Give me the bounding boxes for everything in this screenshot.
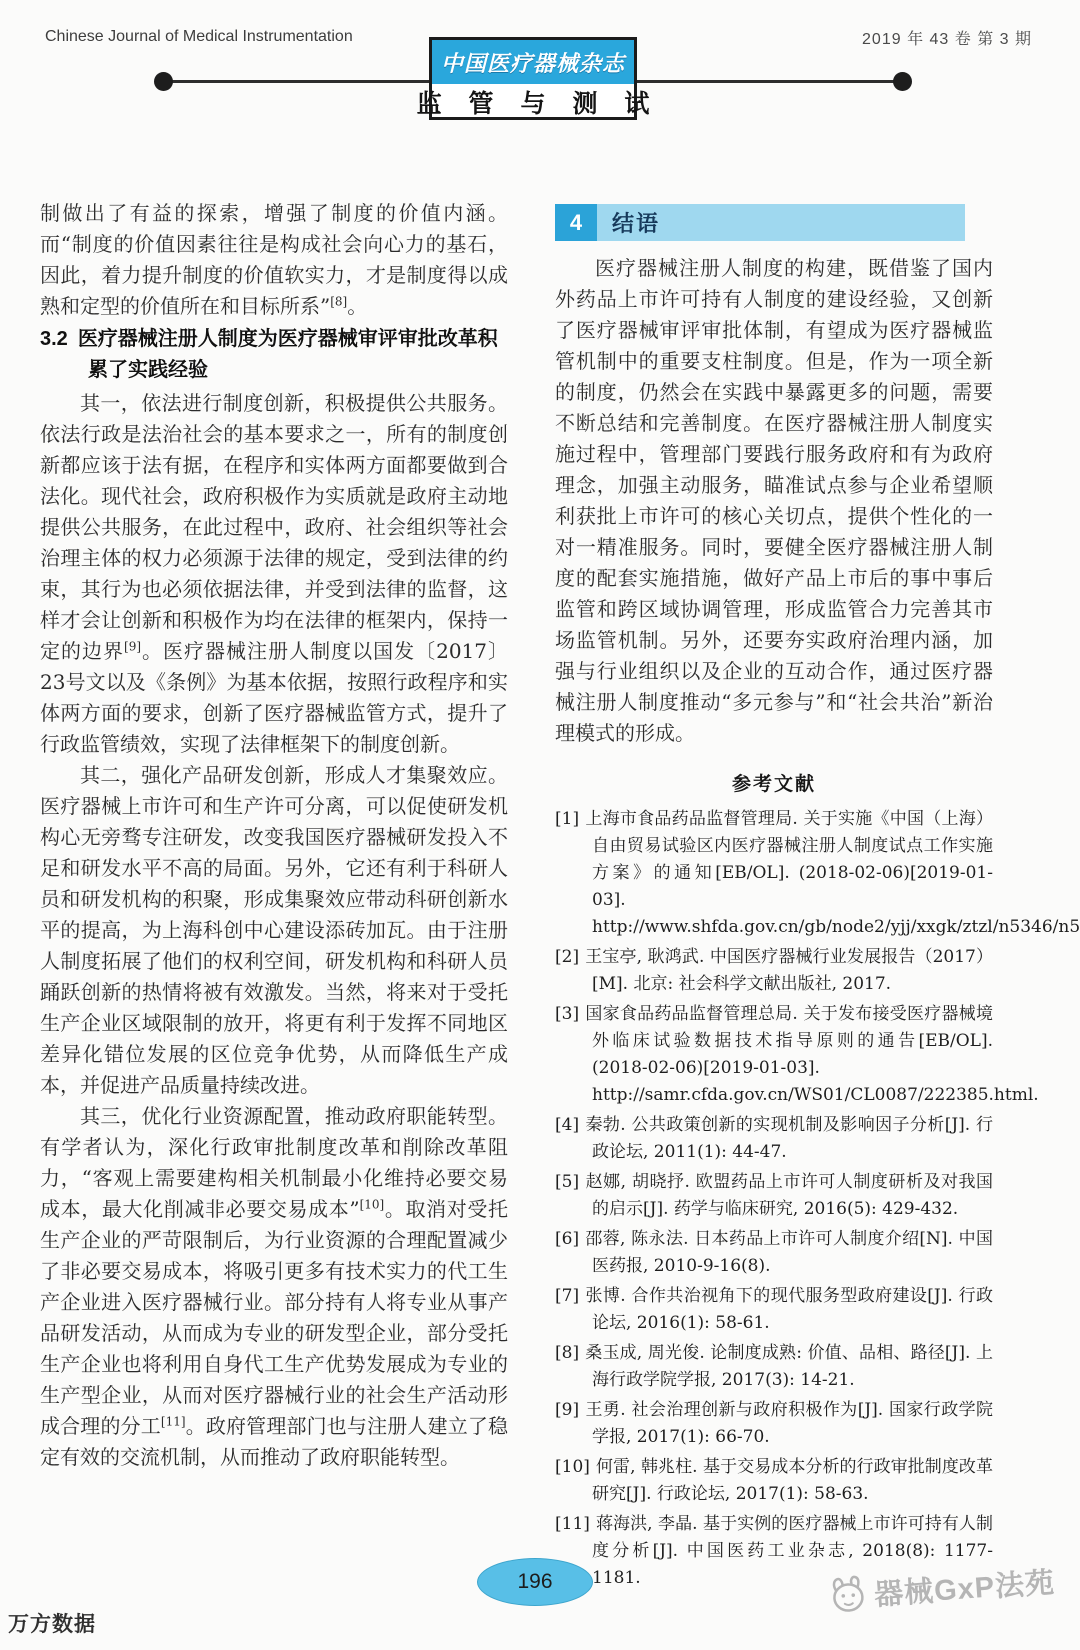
journal-logo: 中国医疗器械杂志 监 管 与 测 试	[429, 37, 637, 120]
page-number-badge: 196	[477, 1558, 593, 1606]
mascot-icon	[827, 1574, 872, 1617]
right-column: 4 结语 医疗器械注册人制度的构建，既借鉴了国内外药品上市许可持有人制度的建设经…	[555, 198, 993, 1595]
references-list: [1]上海市食品药品监督管理局. 关于实施《中国（上海）自由贸易试验区内医疗器械…	[555, 806, 993, 1592]
reference-number: [3]	[555, 1004, 579, 1024]
reference-number: [4]	[555, 1115, 579, 1135]
section-number-badge: 4	[555, 204, 597, 241]
rule-endpoint-dot	[893, 72, 912, 91]
page-number: 196	[517, 1570, 552, 1594]
reference-text: 邵蓉, 陈永法. 日本药品上市许可人制度介绍[N]. 中国医药报, 2010-9…	[585, 1229, 993, 1276]
body-paragraph: 其二，强化产品研发创新，形成人才集聚效应。医疗器械上市许可和生产许可分离，可以促…	[40, 760, 508, 1101]
reference-text: 国家食品药品监督管理总局. 关于发布接受医疗器械境外临床试验数据技术指导原则的通…	[585, 1004, 1039, 1105]
references-title: 参考文献	[555, 769, 993, 796]
reference-number: [9]	[555, 1400, 579, 1420]
section-title: 结语	[597, 204, 965, 241]
left-column: 制做出了有益的探索，增强了制度的价值内涵。而“制度的价值因素往往是构成社会向心力…	[40, 198, 508, 1473]
reference-number: [6]	[555, 1229, 579, 1249]
reference-number: [2]	[555, 947, 579, 967]
reference-item: [10]何雷, 韩兆柱. 基于交易成本分析的行政审批制度改革研究[J]. 行政论…	[555, 1454, 993, 1508]
journal-page: Chinese Journal of Medical Instrumentati…	[0, 0, 1080, 1650]
body-paragraph: 其一，依法进行制度创新，积极提供公共服务。依法行政是法治社会的基本要求之一，所有…	[40, 388, 508, 760]
section-number: 3.2	[40, 328, 68, 350]
wanfang-data-mark: 万方数据	[8, 1608, 96, 1638]
reference-number: [10]	[555, 1457, 590, 1477]
body-paragraph: 医疗器械注册人制度的构建，既借鉴了国内外药品上市许可持有人制度的建设经验，又创新…	[555, 253, 993, 749]
issue-info: 2019 年 43 卷 第 3 期	[862, 26, 1032, 49]
reference-number: [5]	[555, 1172, 579, 1192]
journal-logo-chinese-title: 中国医疗器械杂志	[432, 40, 634, 84]
reference-text: 张博. 合作共治视角下的现代服务型政府建设[J]. 行政论坛, 2016(1):…	[585, 1286, 993, 1333]
reference-number: [11]	[555, 1514, 590, 1534]
journal-title-english: Chinese Journal of Medical Instrumentati…	[45, 28, 353, 46]
reference-item: [8]桑玉成, 周光俊. 论制度成熟: 价值、品相、路径[J]. 上海行政学院学…	[555, 1340, 993, 1394]
reference-item: [3]国家食品药品监督管理总局. 关于发布接受医疗器械境外临床试验数据技术指导原…	[555, 1001, 993, 1109]
section-heading-3-2: 3.2医疗器械注册人制度为医疗器械审评审批改革积累了实践经验	[40, 324, 508, 386]
reference-text: 赵娜, 胡晓抒. 欧盟药品上市许可人制度研析及对我国的启示[J]. 药学与临床研…	[585, 1172, 993, 1219]
column-banner: 监 管 与 测 试	[432, 84, 634, 120]
reference-item: [2]王宝亭, 耿鸿武. 中国医疗器械行业发展报告（2017）[M]. 北京: …	[555, 944, 993, 998]
reference-item: [4]秦勃. 公共政策创新的实现机制及影响因子分析[J]. 行政论坛, 2011…	[555, 1112, 993, 1166]
section-heading-text: 医疗器械注册人制度为医疗器械审评审批改革积累了实践经验	[78, 328, 498, 381]
reference-text: 秦勃. 公共政策创新的实现机制及影响因子分析[J]. 行政论坛, 2011(1)…	[585, 1115, 993, 1162]
body-paragraph: 制做出了有益的探索，增强了制度的价值内涵。而“制度的价值因素往往是构成社会向心力…	[40, 198, 508, 322]
reference-item: [5]赵娜, 胡晓抒. 欧盟药品上市许可人制度研析及对我国的启示[J]. 药学与…	[555, 1169, 993, 1223]
section-header-conclusion: 4 结语	[555, 204, 965, 241]
rule-endpoint-dot	[154, 72, 173, 91]
reference-text: 王勇. 社会治理创新与政府积极作为[J]. 国家行政学院学报, 2017(1):…	[585, 1400, 993, 1447]
reference-text: 上海市食品药品监督管理局. 关于实施《中国（上海）自由贸易试验区内医疗器械注册人…	[585, 809, 1080, 937]
reference-text: 何雷, 韩兆柱. 基于交易成本分析的行政审批制度改革研究[J]. 行政论坛, 2…	[592, 1457, 993, 1504]
reference-text: 王宝亭, 耿鸿武. 中国医疗器械行业发展报告（2017）[M]. 北京: 社会科…	[585, 947, 993, 994]
reference-number: [1]	[555, 809, 579, 829]
reference-item: [6]邵蓉, 陈永法. 日本药品上市许可人制度介绍[N]. 中国医药报, 201…	[555, 1226, 993, 1280]
reference-text: 桑玉成, 周光俊. 论制度成熟: 价值、品相、路径[J]. 上海行政学院学报, …	[585, 1343, 993, 1390]
reference-item: [9]王勇. 社会治理创新与政府积极作为[J]. 国家行政学院学报, 2017(…	[555, 1397, 993, 1451]
reference-item: [7]张博. 合作共治视角下的现代服务型政府建设[J]. 行政论坛, 2016(…	[555, 1283, 993, 1337]
reference-number: [7]	[555, 1286, 579, 1306]
reference-item: [1]上海市食品药品监督管理局. 关于实施《中国（上海）自由贸易试验区内医疗器械…	[555, 806, 993, 941]
body-paragraph: 其三，优化行业资源配置，推动政府职能转型。有学者认为，深化行政审批制度改革和削除…	[40, 1101, 508, 1473]
reference-number: [8]	[555, 1343, 579, 1363]
